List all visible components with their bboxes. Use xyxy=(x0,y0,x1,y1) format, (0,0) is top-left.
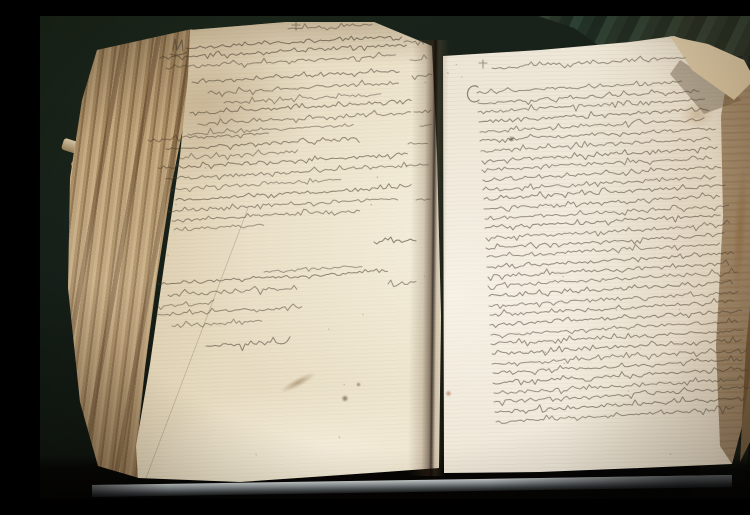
fore-edge-page-stack xyxy=(40,16,750,499)
left-manuscript-page xyxy=(40,16,750,499)
book-gutter-spine-shadow xyxy=(408,40,455,476)
case-shadow-bottom xyxy=(40,454,750,499)
corner-stain xyxy=(680,102,714,128)
ink-blot-right-page xyxy=(508,136,515,142)
right-page-edge-stack xyxy=(40,16,750,499)
display-case-fabric-backdrop xyxy=(40,16,750,499)
small-spot-stain xyxy=(356,382,361,387)
dark-spot-stain xyxy=(341,395,349,402)
glass-case-metal-edge xyxy=(92,475,732,497)
handwriting-ink-layer xyxy=(40,16,750,499)
right-manuscript-page xyxy=(40,16,750,499)
right-page-corner-curl xyxy=(40,16,750,499)
fore-edge-bottom-curl xyxy=(40,16,750,499)
manuscript-photo-scene: Photograph of an open 16th-century handw… xyxy=(40,16,750,499)
dark-background-right xyxy=(720,56,750,356)
ink-smudge-stain xyxy=(278,369,318,396)
fold-edge-stain xyxy=(731,166,750,296)
red-spot-right-page xyxy=(445,390,452,397)
book-tie-clasp-end xyxy=(70,158,92,179)
photo-vignette xyxy=(40,16,750,499)
book-tie-clasp xyxy=(61,138,93,159)
corner-curl-shadow xyxy=(40,16,750,499)
right-page-stained-fold xyxy=(40,16,750,499)
stone-floor-background xyxy=(40,16,750,499)
